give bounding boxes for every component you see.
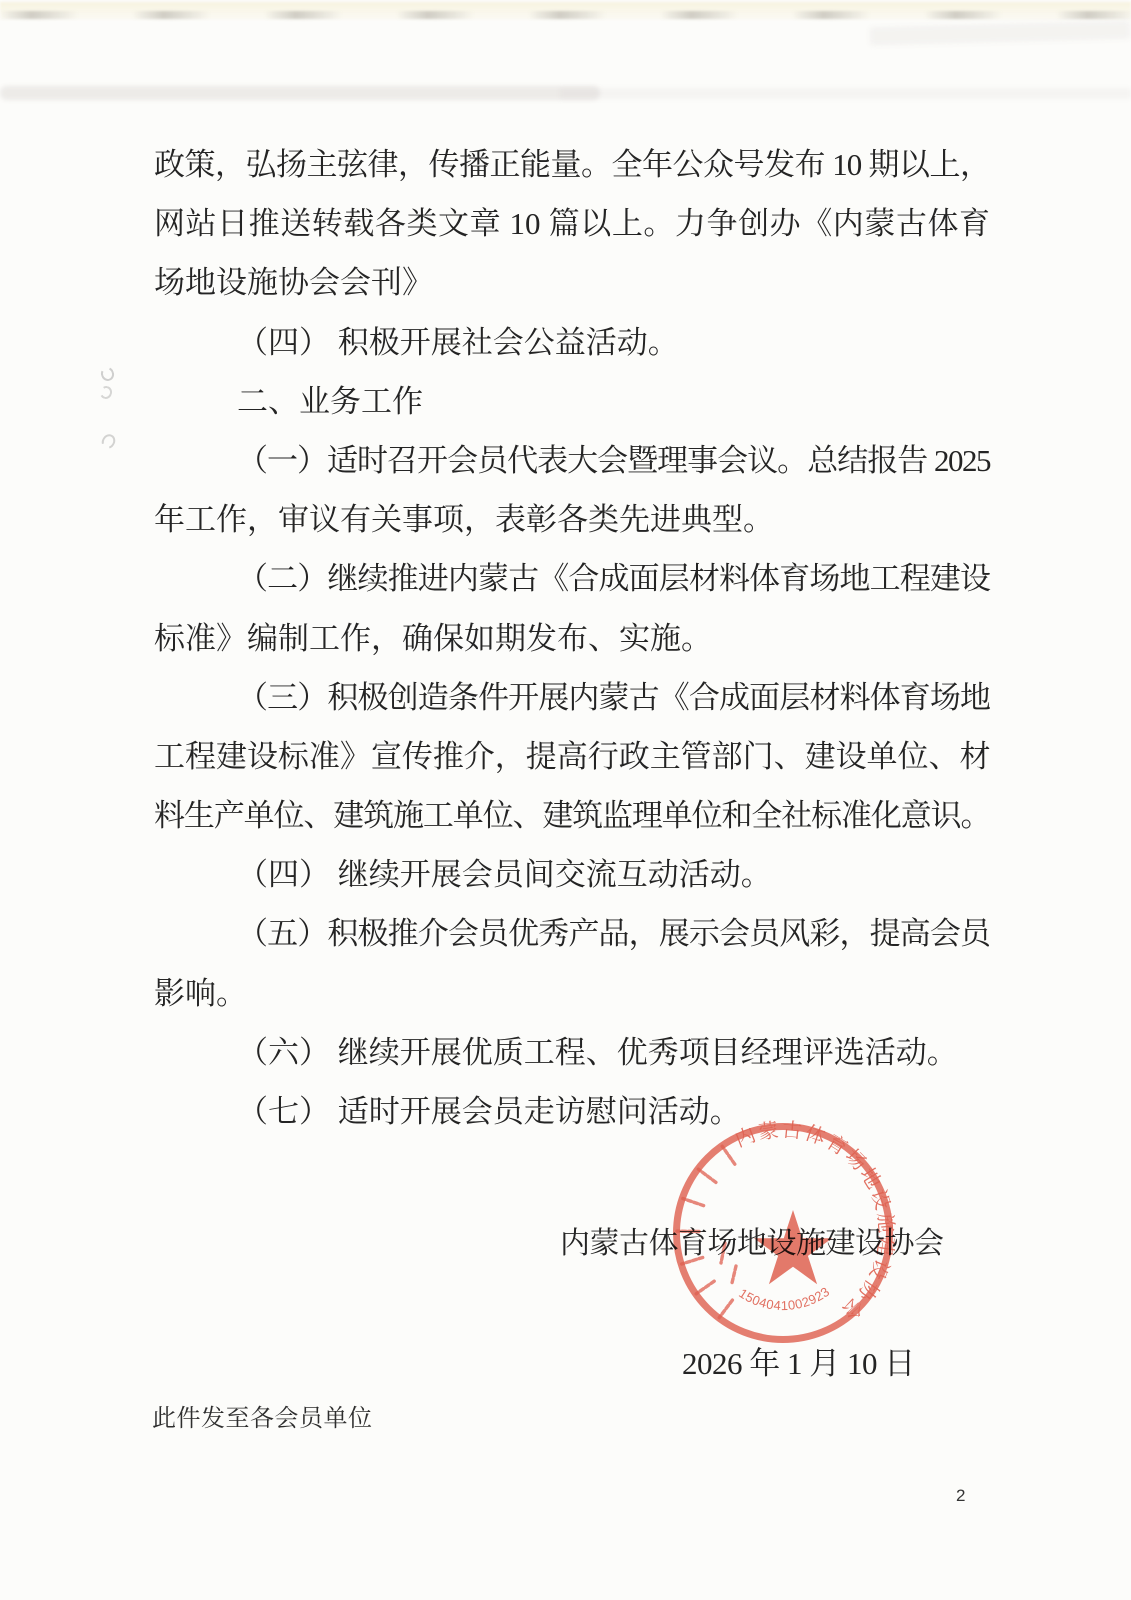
scan-artifact-margin-mark — [99, 432, 118, 451]
document-body: 政策，弘扬主弦律，传播正能量。全年公众号发布 10 期以上， 网站日推送转载各类… — [154, 135, 990, 1141]
scanned-document-page: 政策，弘扬主弦律，传播正能量。全年公众号发布 10 期以上， 网站日推送转载各类… — [0, 0, 1131, 1600]
body-line: 政策，弘扬主弦律，传播正能量。全年公众号发布 10 期以上， — [154, 135, 990, 194]
body-line: 年工作，审议有关事项，表彰各类先进典型。 — [154, 490, 990, 549]
scan-artifact-margin-mark — [99, 365, 116, 383]
mongolian-script-marks — [677, 1146, 736, 1318]
page-number: 2 — [956, 1486, 965, 1506]
body-line: （一）适时召开会员代表大会暨理事会议。总结报告 2025 — [154, 431, 990, 490]
distribution-note: 此件发至各会员单位 — [152, 1398, 373, 1433]
body-line: 料生产单位、建筑施工单位、建筑监理单位和全社标准化意识。 — [154, 786, 990, 845]
body-line: （四） 继续开展会员间交流互动活动。 — [154, 845, 990, 904]
body-line: （三）积极创造条件开展内蒙古《合成面层材料体育场地 — [154, 668, 990, 727]
scan-artifact-mid-band-faint — [560, 88, 1131, 99]
body-line: 影响。 — [154, 964, 990, 1023]
scan-artifact-top-right — [870, 21, 1130, 46]
official-seal: 内蒙古体育场地设施建设协会 15040410029237 — [663, 1113, 903, 1353]
star-icon — [754, 1210, 832, 1284]
section-heading: 二、业务工作 — [154, 372, 990, 431]
scan-artifact-top-band — [0, 2, 1131, 20]
scan-artifact-margin-mark — [99, 385, 114, 401]
body-line: 场地设施协会会刊》 — [154, 253, 990, 312]
body-line: 标准》编制工作，确保如期发布、实施。 — [154, 609, 990, 668]
body-line: （六） 继续开展优质工程、优秀项目经理评选活动。 — [154, 1023, 990, 1082]
body-line: （二）继续推进内蒙古《合成面层材料体育场地工程建设 — [154, 549, 990, 608]
body-line: 网站日推送转载各类文章 10 篇以上。力争创办《内蒙古体育 — [154, 194, 990, 253]
body-line: （四） 积极开展社会公益活动。 — [154, 313, 990, 372]
scan-artifact-top-dashes — [0, 11, 1131, 19]
body-line: （五）积极推介会员优秀产品，展示会员风彩，提高会员 — [154, 904, 990, 963]
body-line: 工程建设标准》宣传推介，提高行政主管部门、建设单位、材 — [154, 727, 990, 786]
scan-artifact-mid-band — [0, 86, 600, 100]
